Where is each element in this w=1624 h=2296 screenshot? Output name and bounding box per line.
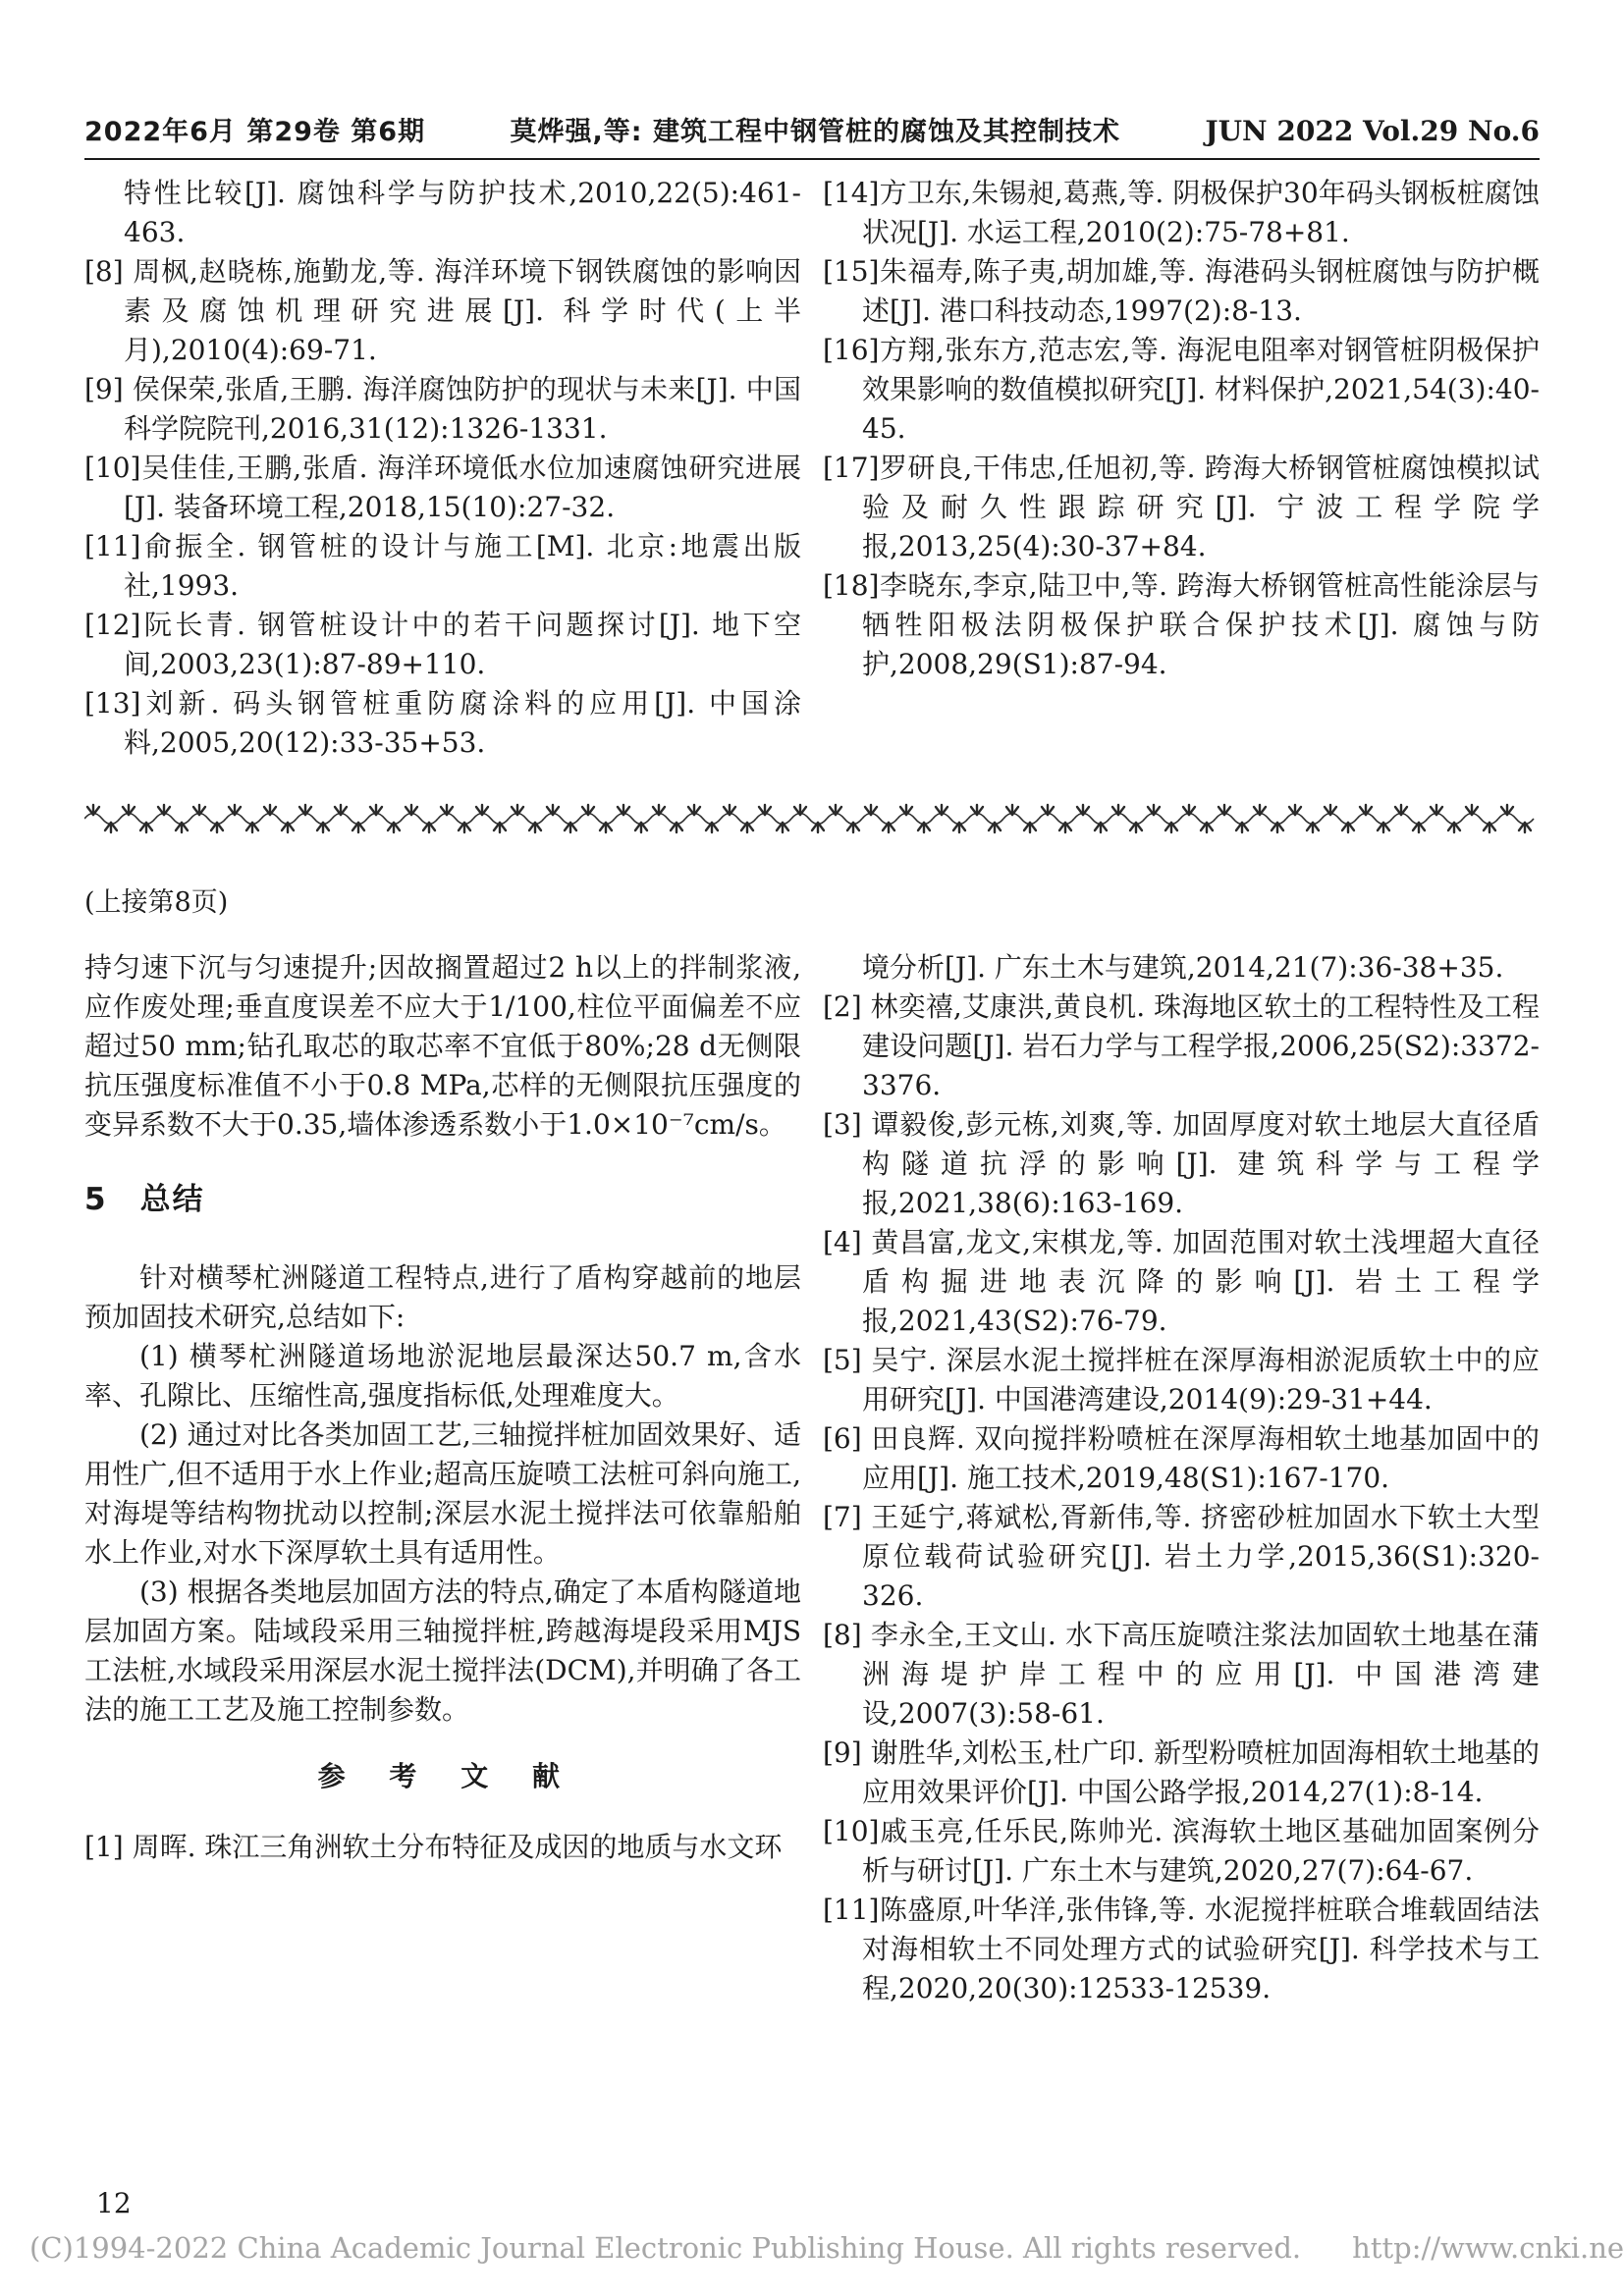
reference-entry: [10]吴佳佳,王鹏,张盾. 海洋环境低水位加速腐蚀研究进展[J]. 装备环境工… (84, 449, 801, 527)
header-date-volume: 2022年6月 第29卷 第6期 (84, 110, 425, 148)
reference-entry: [8] 李永全,王文山. 水下高压旋喷注浆法加固软土地基在蒲洲海堤护岸工程中的应… (823, 1616, 1540, 1734)
reference-entry: [6] 田良辉. 双向搅拌粉喷桩在深厚海相软土地基加固中的应用[J]. 施工技术… (823, 1419, 1540, 1498)
copyright-line: (C)1994-2022 China Academic Journal Elec… (29, 2231, 1604, 2265)
page-number: 12 (96, 2187, 132, 2219)
reference-entry: [17]罗研良,干伟忠,任旭初,等. 跨海大桥钢管桩腐蚀模拟试验及耐久性跟踪研究… (823, 449, 1540, 566)
body-paragraph: 针对横琴杧洲隧道工程特点,进行了盾构穿越前的地层预加固技术研究,总结如下: (84, 1258, 801, 1337)
header-article-title: 莫烨强,等: 建筑工程中钢管桩的腐蚀及其控制技术 (511, 110, 1120, 148)
header-rule (84, 158, 1540, 160)
header-issue-en: JUN 2022 Vol.29 No.6 (1205, 115, 1540, 147)
reference-entry: [18]李晓东,李京,陆卫中,等. 跨海大桥钢管桩高性能涂层与牺牲阳极法阴极保护… (823, 566, 1540, 684)
reference-entry: 特性比较[J]. 腐蚀科学与防护技术,2010,22(5):461-463. (84, 174, 801, 252)
reference-entry: [16]方翔,张东方,范志宏,等. 海泥电阻率对钢管桩阴极保护效果影响的数值模拟… (823, 331, 1540, 449)
reference-entry: [14]方卫东,朱锡昶,葛燕,等. 阴极保护30年码头钢板桩腐蚀状况[J]. 水… (823, 174, 1540, 252)
reference-entry: [13]刘新. 码头钢管桩重防腐涂料的应用[J]. 中国涂料,2005,20(1… (84, 684, 801, 763)
reference-entry: [8] 周枫,赵晓栋,施勤龙,等. 海洋环境下钢铁腐蚀的影响因素及腐蚀机理研究进… (84, 252, 801, 370)
body-right-column: 境分析[J]. 广东土木与建筑,2014,21(7):36-38+35. [2]… (823, 948, 1540, 2008)
reference-entry: [1] 周晖. 珠江三角洲软土分布特征及成因的地质与水文环 (84, 1828, 801, 1867)
body-paragraph: (3) 根据各类地层加固方法的特点,确定了本盾构隧道地层加固方案。陆域段采用三轴… (84, 1573, 801, 1730)
copyright-notice: (C)1994-2022 China Academic Journal Elec… (29, 2231, 1301, 2265)
reference-entry: 境分析[J]. 广东土木与建筑,2014,21(7):36-38+35. (823, 948, 1540, 988)
body-paragraph: (2) 通过对比各类加固工艺,三轴搅拌桩加固效果好、适用性广,但不适用于水上作业… (84, 1415, 801, 1573)
top-reference-columns: 特性比较[J]. 腐蚀科学与防护技术,2010,22(5):461-463. [… (84, 174, 1540, 763)
reference-entry: [9] 谢胜华,刘松玉,杜广印. 新型粉喷桩加固海相软土地基的应用效果评价[J]… (823, 1734, 1540, 1812)
lead-paragraph: 持匀速下沉与匀速提升;因故搁置超过2 h以上的拌制浆液,应作废处理;垂直度误差不… (84, 948, 801, 1145)
body-columns: 持匀速下沉与匀速提升;因故搁置超过2 h以上的拌制浆液,应作废处理;垂直度误差不… (84, 948, 1540, 2008)
reference-entry: [11]陈盛原,叶华洋,张伟锋,等. 水泥搅拌桩联合堆载固结法对海相软土不同处理… (823, 1891, 1540, 2008)
top-references-left-column: 特性比较[J]. 腐蚀科学与防护技术,2010,22(5):461-463. [… (84, 174, 801, 763)
ornament-divider (84, 802, 1540, 835)
section-heading: 5 总结 (84, 1180, 801, 1219)
journal-page: 2022年6月 第29卷 第6期 莫烨强,等: 建筑工程中钢管桩的腐蚀及其控制技… (0, 0, 1624, 2296)
reference-entry: [9] 侯保荣,张盾,王鹏. 海洋腐蚀防护的现状与未来[J]. 中国科学院院刊,… (84, 370, 801, 449)
reference-entry: [4] 黄昌富,龙文,宋棋龙,等. 加固范围对软土浅埋超大直径盾构掘进地表沉降的… (823, 1223, 1540, 1341)
reference-entry: [5] 吴宁. 深层水泥土搅拌桩在深厚海相淤泥质软土中的应用研究[J]. 中国港… (823, 1341, 1540, 1419)
continuation-note: (上接第8页) (84, 881, 1540, 919)
reference-entry: [7] 王延宁,蒋斌松,胥新伟,等. 挤密砂桩加固水下软土大型原位载荷试验研究[… (823, 1498, 1540, 1616)
body-paragraph: (1) 横琴杧洲隧道场地淤泥地层最深达50.7 m,含水率、孔隙比、压缩性高,强… (84, 1337, 801, 1415)
reference-entry: [15]朱福寿,陈子夷,胡加雄,等. 海港码头钢桩腐蚀与防护概述[J]. 港口科… (823, 252, 1540, 331)
references-heading: 参 考 文 献 (84, 1757, 801, 1796)
reference-entry: [10]戚玉亮,任乐民,陈帅光. 滨海软土地区基础加固案例分析与研讨[J]. 广… (823, 1812, 1540, 1891)
journal-header: 2022年6月 第29卷 第6期 莫烨强,等: 建筑工程中钢管桩的腐蚀及其控制技… (84, 110, 1540, 148)
reference-entry: [2] 林奕禧,艾康洪,黄良机. 珠海地区软土的工程特性及工程建设问题[J]. … (823, 988, 1540, 1105)
reference-entry: [3] 谭毅俊,彭元栋,刘爽,等. 加固厚度对软土地层大直径盾构隧道抗浮的影响[… (823, 1105, 1540, 1223)
cnki-url: http://www.cnki.net (1352, 2231, 1624, 2265)
reference-entry: [11]俞振全. 钢管桩的设计与施工[M]. 北京:地震出版社,1993. (84, 527, 801, 606)
reference-entry: [12]阮长青. 钢管桩设计中的若干问题探讨[J]. 地下空间,2003,23(… (84, 606, 801, 684)
top-references-right-column: [14]方卫东,朱锡昶,葛燕,等. 阴极保护30年码头钢板桩腐蚀状况[J]. 水… (823, 174, 1540, 763)
body-left-column: 持匀速下沉与匀速提升;因故搁置超过2 h以上的拌制浆液,应作废处理;垂直度误差不… (84, 948, 801, 2008)
